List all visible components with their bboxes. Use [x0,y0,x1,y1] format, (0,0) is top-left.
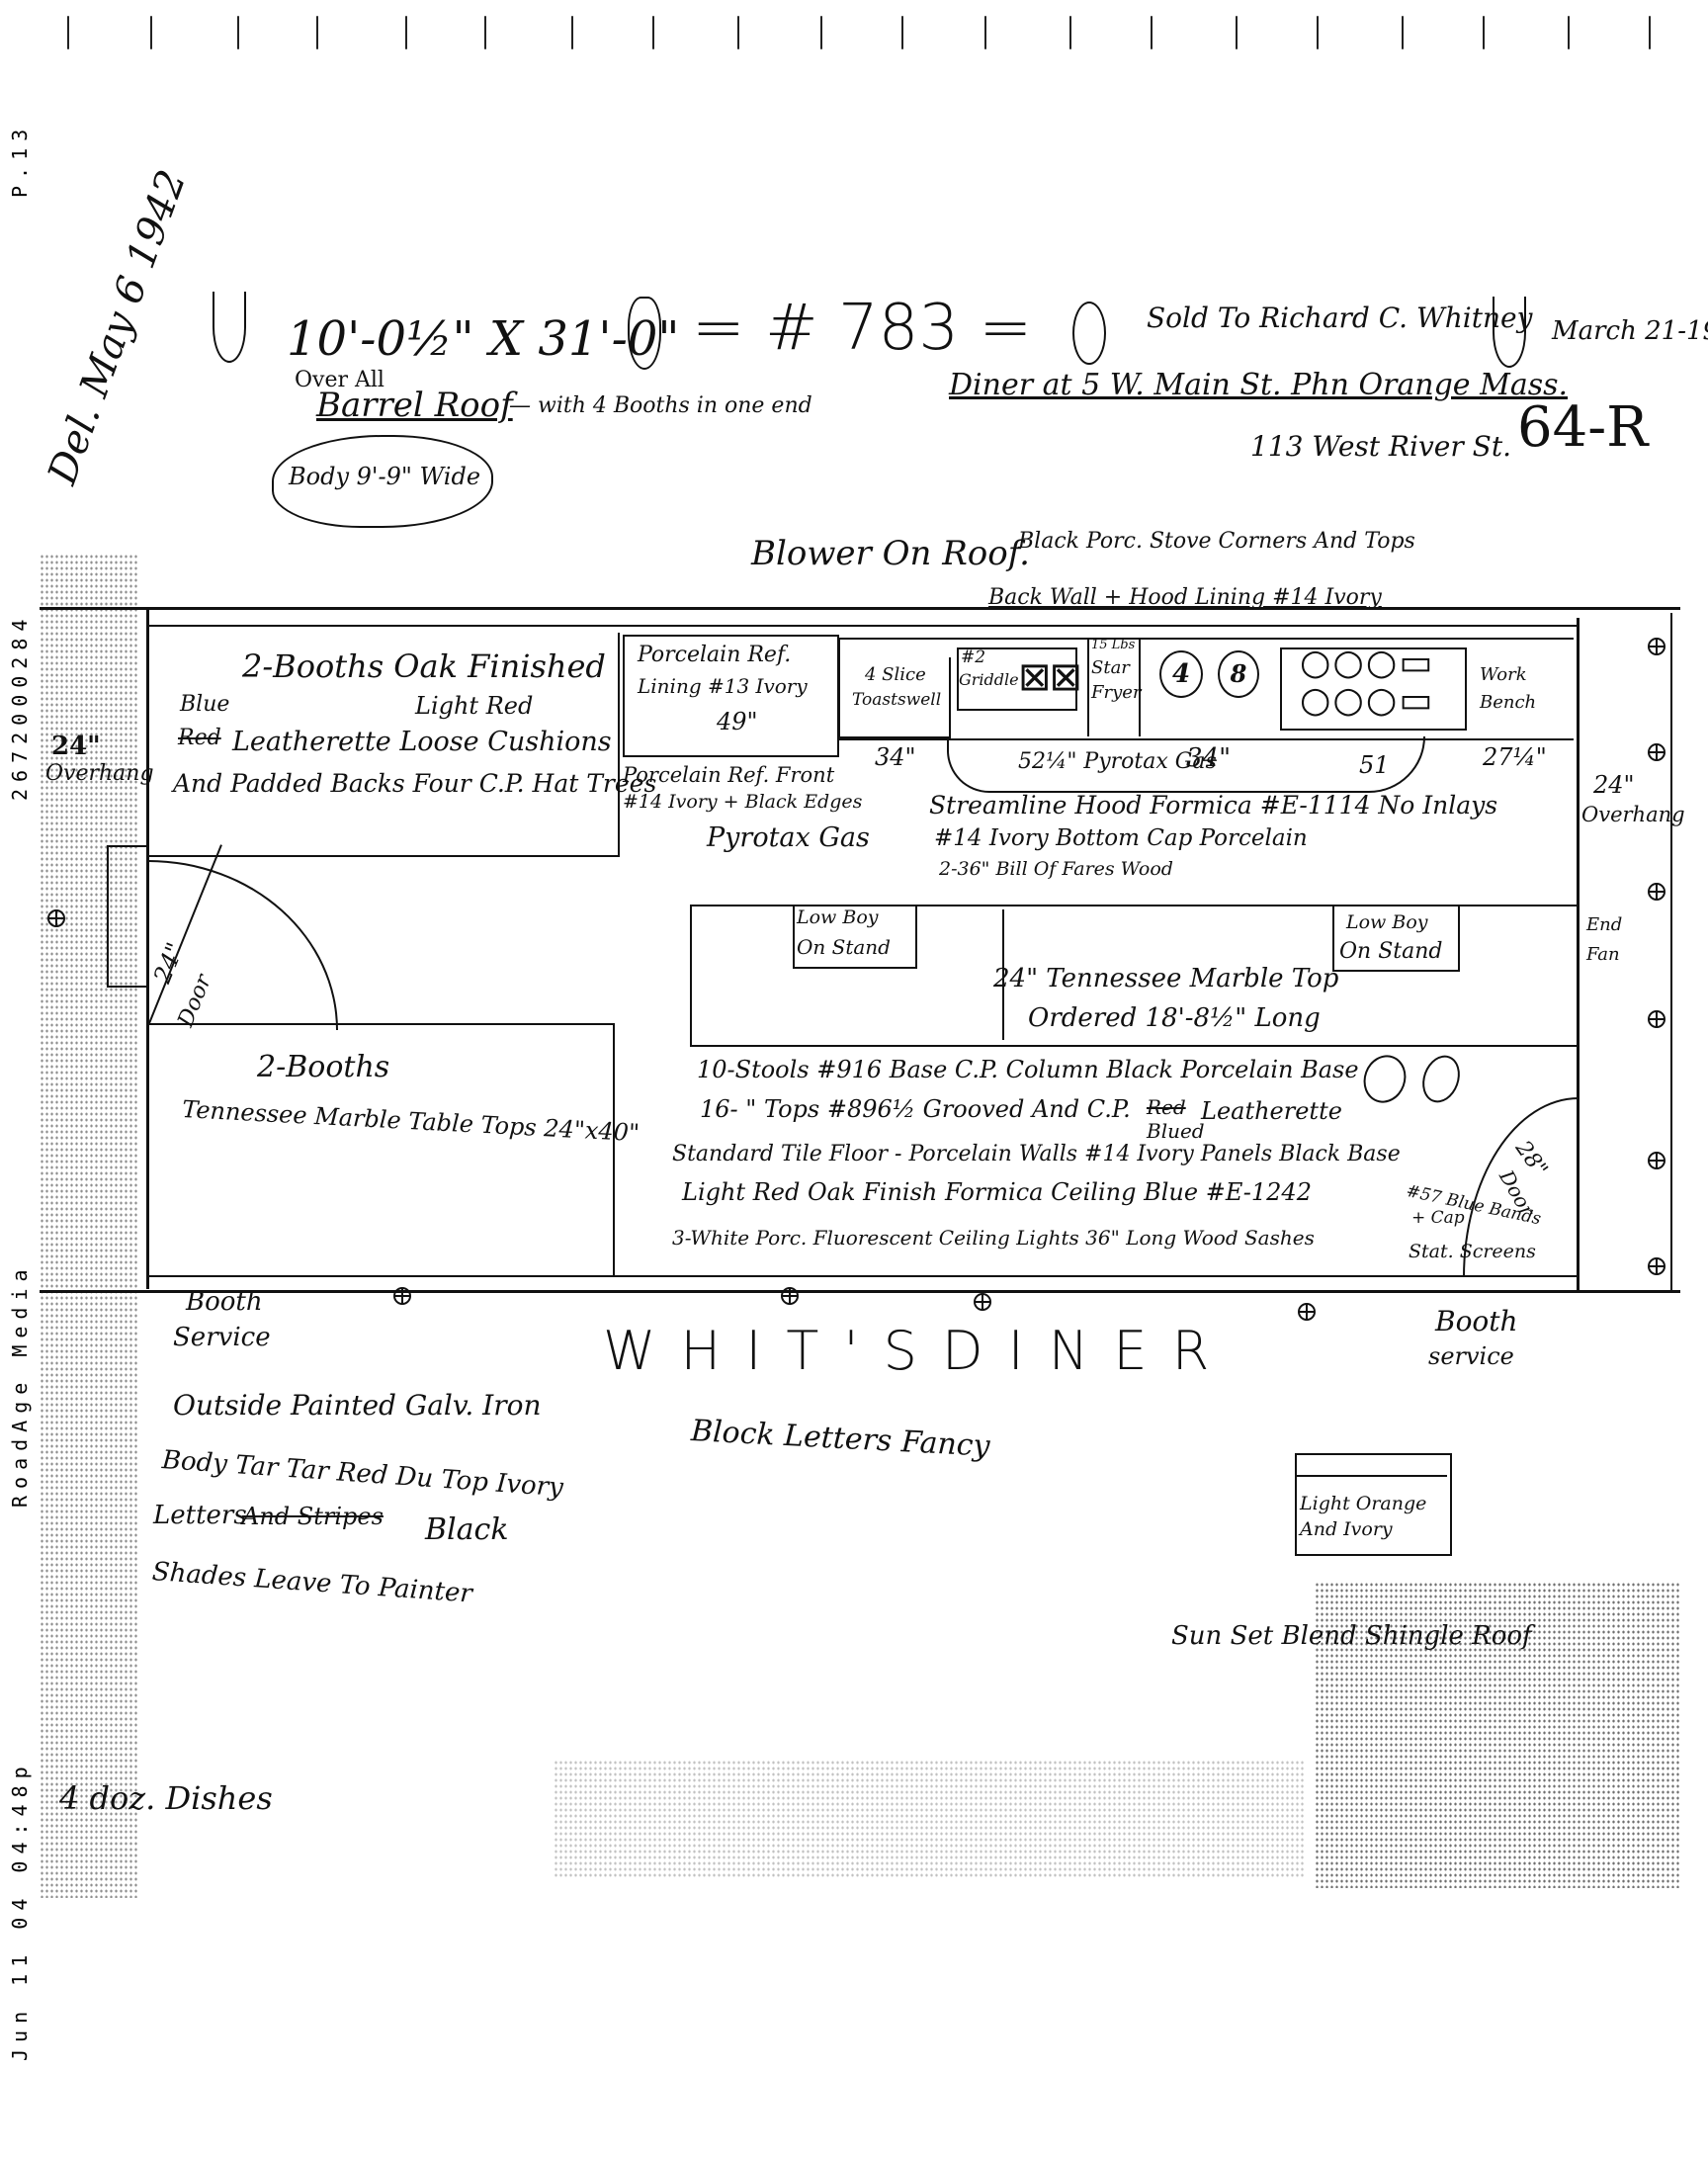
light-fixture-icon [1648,1152,1665,1169]
fax-number: 2672000284 [8,613,32,801]
work-bench-label-1: Work [1480,664,1527,685]
sign-note: Block Letters Fancy [690,1414,990,1464]
light-fixture-icon [781,1287,799,1305]
right-overhang-dim: 24" [1593,771,1635,799]
steam-table-wells-icon: ○○○▭○○○▭ [1300,645,1434,720]
diner-sign: W H I T ' S D I N E R [603,1320,1213,1382]
counter-length: Ordered 18'-8½" Long [1028,1003,1321,1033]
refrigerator-label-2: Lining #13 Ivory [638,674,808,698]
bands-note-3: Stat. Screens [1409,1241,1536,1262]
paint-note-1: Outside Painted Galv. Iron [173,1389,542,1422]
dim-34-a: 34" [875,743,916,771]
hood-note-1: Streamline Hood Formica #E-1114 No Inlay… [929,791,1497,820]
light-fixture-icon [1648,1257,1665,1275]
diner-location: Diner at 5 W. Main St. Phn Orange Mass. [949,368,1568,402]
plan-outer-bottom [40,1290,1680,1293]
burner-8: 8 [1218,650,1259,698]
burner-4: 4 [1159,650,1203,698]
fryer-weight: 15 Lbs [1091,638,1135,652]
booth-top-line2: Leatherette Loose Cushions [232,727,612,757]
light-fixture-icon [1648,743,1665,761]
stools-leatherette: Leatherette [1201,1097,1342,1125]
light-fixture-icon [1648,638,1665,655]
left-entry-step [107,845,146,988]
booth-service-right-1: Booth [1435,1305,1518,1337]
counter-top: 24" Tennessee Marble Top [993,964,1338,993]
left-overhang-label: Overhang [45,761,154,786]
stools-struck-red: Red [1147,1095,1186,1119]
toaster-label-2: Toastswell [852,690,941,710]
finishes-line-3: 3-White Porc. Fluorescent Ceiling Lights… [672,1226,1315,1250]
booths-note: — with 4 Booths in one end [509,393,812,418]
toaster-label-1: 4 Slice [865,664,926,685]
stool-seat-icon [1357,1049,1412,1108]
blower-note: Blower On Roof. [751,534,1030,573]
finishes-line-1: Standard Tile Floor - Porcelain Walls #1… [672,1142,1401,1166]
light-fixture-icon [1648,1010,1665,1028]
stool-seat-icon [1416,1050,1467,1107]
lowboy-right-label-2: On Stand [1339,939,1442,964]
lowboy-right-label-1: Low Boy [1346,911,1428,933]
finishes-line-2: Light Red Oak Finish Formica Ceiling Blu… [682,1178,1312,1206]
booth-service-left-2: Service [173,1323,271,1352]
refrigerator-label-1: Porcelain Ref. [638,643,791,667]
paint-note-struck: And Stripes [242,1503,384,1530]
right-overhang-label: Overhang [1581,803,1685,826]
teardrop-mark-2 [628,297,661,370]
light-fixture-icon [47,909,65,927]
refrigerator-front-1: Porcelain Ref. Front [623,763,834,787]
sold-to: Sold To Richard C. Whitney [1147,302,1532,334]
fax-timestamp: Jun 11 04 04:48p [8,1760,32,2061]
fryer-label: Fryer [1091,682,1142,703]
pyrotax-gas-note: Pyrotax Gas [707,822,870,853]
plan-outer-top [40,607,1680,610]
fax-page-number: P.13 [8,123,32,198]
stools-line-1: 10-Stools #916 Base C.P. Column Black Po… [697,1056,1359,1083]
plan-right-overhang-edge [1670,613,1672,1293]
booth-top-line3: And Padded Backs Four C.P. Hat Trees [173,769,656,798]
end-fan-label-1: End [1586,914,1622,935]
booth-top-blue: Blue [180,692,229,717]
paint-note-4: Shades Leave To Painter [151,1557,473,1609]
stools-line-2: 16- " Tops #896½ Grooved And C.P. [700,1095,1131,1123]
reference-code: 64-R [1517,395,1648,460]
light-fixture-icon [974,1293,991,1311]
teardrop-mark-4 [1493,297,1526,368]
refrigerator-width: 49" [717,708,758,735]
hood-note-2: #14 Ivory Bottom Cap Porcelain [934,825,1308,851]
booth-top-title: 2-Booths Oak Finished [242,647,606,685]
refrigerator-front-2: #14 Ivory + Black Edges [623,791,862,813]
left-overhang-dim: 24" [51,732,101,761]
paint-note-2: Body Tar Tar Red Du Top Ivory [161,1445,564,1503]
order-number: = # 783 = [692,292,1032,365]
booth-service-right-2: service [1428,1342,1514,1370]
delivery-date: Del. May 6 1942 [40,164,195,490]
light-fixture-icon [393,1287,411,1305]
booth-service-left-1: Booth [186,1287,263,1317]
body-width: Body 9'-9" Wide [289,463,480,490]
awning-color-1: Light Orange [1300,1493,1426,1514]
bands-note-2: + Cap [1411,1208,1465,1228]
plan-inner-top [148,625,1577,627]
booth-top-struck-red: Red [178,726,221,750]
griddle-num: #2 [961,647,985,667]
teardrop-mark-3 [1072,302,1106,365]
paint-note-black: Black [425,1512,509,1547]
awning-color-2: And Ivory [1300,1518,1393,1540]
lowboy-left-label-1: Low Boy [797,906,879,928]
light-fixture-icon [1298,1303,1316,1321]
hood-note-3: 2-36" Bill Of Fares Wood [939,858,1173,880]
griddle-label: Griddle [959,670,1019,689]
light-fixture-icon [1648,883,1665,901]
fryer-brand: Star [1091,657,1130,678]
booth-top-light-red: Light Red [415,692,533,720]
griddle-grate-icon: ⊠⊠ [1018,652,1080,702]
lowboy-left-label-2: On Stand [797,935,891,959]
dim-27: 27¼" [1483,743,1547,771]
dimensions: 10'-0½" X 31'-0" [287,311,679,367]
roof-shingle-note: Sun Set Blend Shingle Roof [1171,1621,1532,1651]
fax-sender: RoadAge Media [8,1262,32,1508]
end-fan-label-2: Fan [1586,944,1620,965]
sold-date: March 21-19 [1552,316,1708,346]
work-bench-label-2: Bench [1480,692,1536,713]
dishes-note: 4 doz. Dishes [59,1779,273,1817]
scan-noise-bottom [554,1760,1305,1878]
stools-blued: Blued [1147,1119,1205,1143]
dim-51: 51 [1359,751,1390,779]
stove-note: Black Porc. Stove Corners And Tops [1018,529,1415,554]
roof-type: Barrel Roof [316,386,513,425]
paint-note-3: Letters [153,1501,247,1530]
teardrop-mark-1 [213,292,246,363]
awning-valance [1297,1475,1447,1477]
booth-bottom-title: 2-Booths [257,1050,389,1084]
address-line-2: 113 West River St. [1250,430,1511,463]
dim-34-b: 34" [1186,743,1231,773]
